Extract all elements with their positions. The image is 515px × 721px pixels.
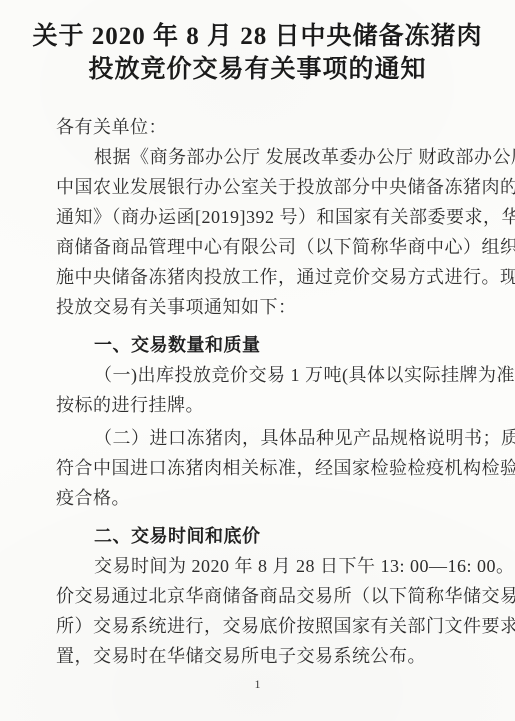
paragraph-line: （一)出库投放竞价交易 1 万吨(具体以实际挂牌为准)，	[56, 360, 462, 390]
paragraph-line: 根据《商务部办公厅 发展改革委办公厅 财政部办公厅	[56, 142, 462, 172]
paragraph-line: 符合中国进口冻猪肉相关标准，经国家检验检疫机构检验检	[56, 453, 462, 483]
paragraph-line: 通知》（商办运函[2019]392 号）和国家有关部委要求，华	[56, 202, 462, 232]
paragraph-line: （二）进口冻猪肉，具体品种见产品规格说明书；质量	[56, 423, 462, 453]
page-number: 1	[0, 677, 515, 691]
section-heading-2: 二、交易时间和底价	[56, 521, 462, 551]
paragraph-line: 商储备商品管理中心有限公司（以下简称华商中心）组织实	[56, 232, 462, 262]
document-title: 关于 2020 年 8 月 28 日中央储备冻猪肉 投放竞价交易有关事项的通知	[0, 20, 515, 86]
document-body: 各有关单位： 根据《商务部办公厅 发展改革委办公厅 财政部办公厅 中国农业发展银…	[56, 112, 462, 671]
paragraph-line: 投放交易有关事项通知如下：	[56, 292, 462, 322]
paragraph-line: 置，交易时在华储交易所电子交易系统公布。	[56, 641, 462, 671]
paragraph-line: 交易时间为 2020 年 8 月 28 日下午 13: 00—16: 00。竞	[56, 551, 462, 581]
scanned-document-page: 关于 2020 年 8 月 28 日中央储备冻猪肉 投放竞价交易有关事项的通知 …	[0, 0, 515, 721]
title-line-2: 投放竞价交易有关事项的通知	[0, 53, 515, 86]
paragraph-line: 所）交易系统进行，交易底价按照国家有关部门文件要求设	[56, 611, 462, 641]
paragraph-line: 按标的进行挂牌。	[56, 390, 462, 420]
title-line-1: 关于 2020 年 8 月 28 日中央储备冻猪肉	[0, 20, 515, 53]
paragraph-line: 施中央储备冻猪肉投放工作，通过竞价交易方式进行。现就	[56, 262, 462, 292]
salutation: 各有关单位：	[56, 112, 462, 142]
paragraph-line: 疫合格。	[56, 483, 462, 513]
section-heading-1: 一、交易数量和质量	[56, 330, 462, 360]
paragraph-line: 中国农业发展银行办公室关于投放部分中央储备冻猪肉的	[56, 172, 462, 202]
paragraph-line: 价交易通过北京华商储备商品交易所（以下简称华储交易	[56, 581, 462, 611]
